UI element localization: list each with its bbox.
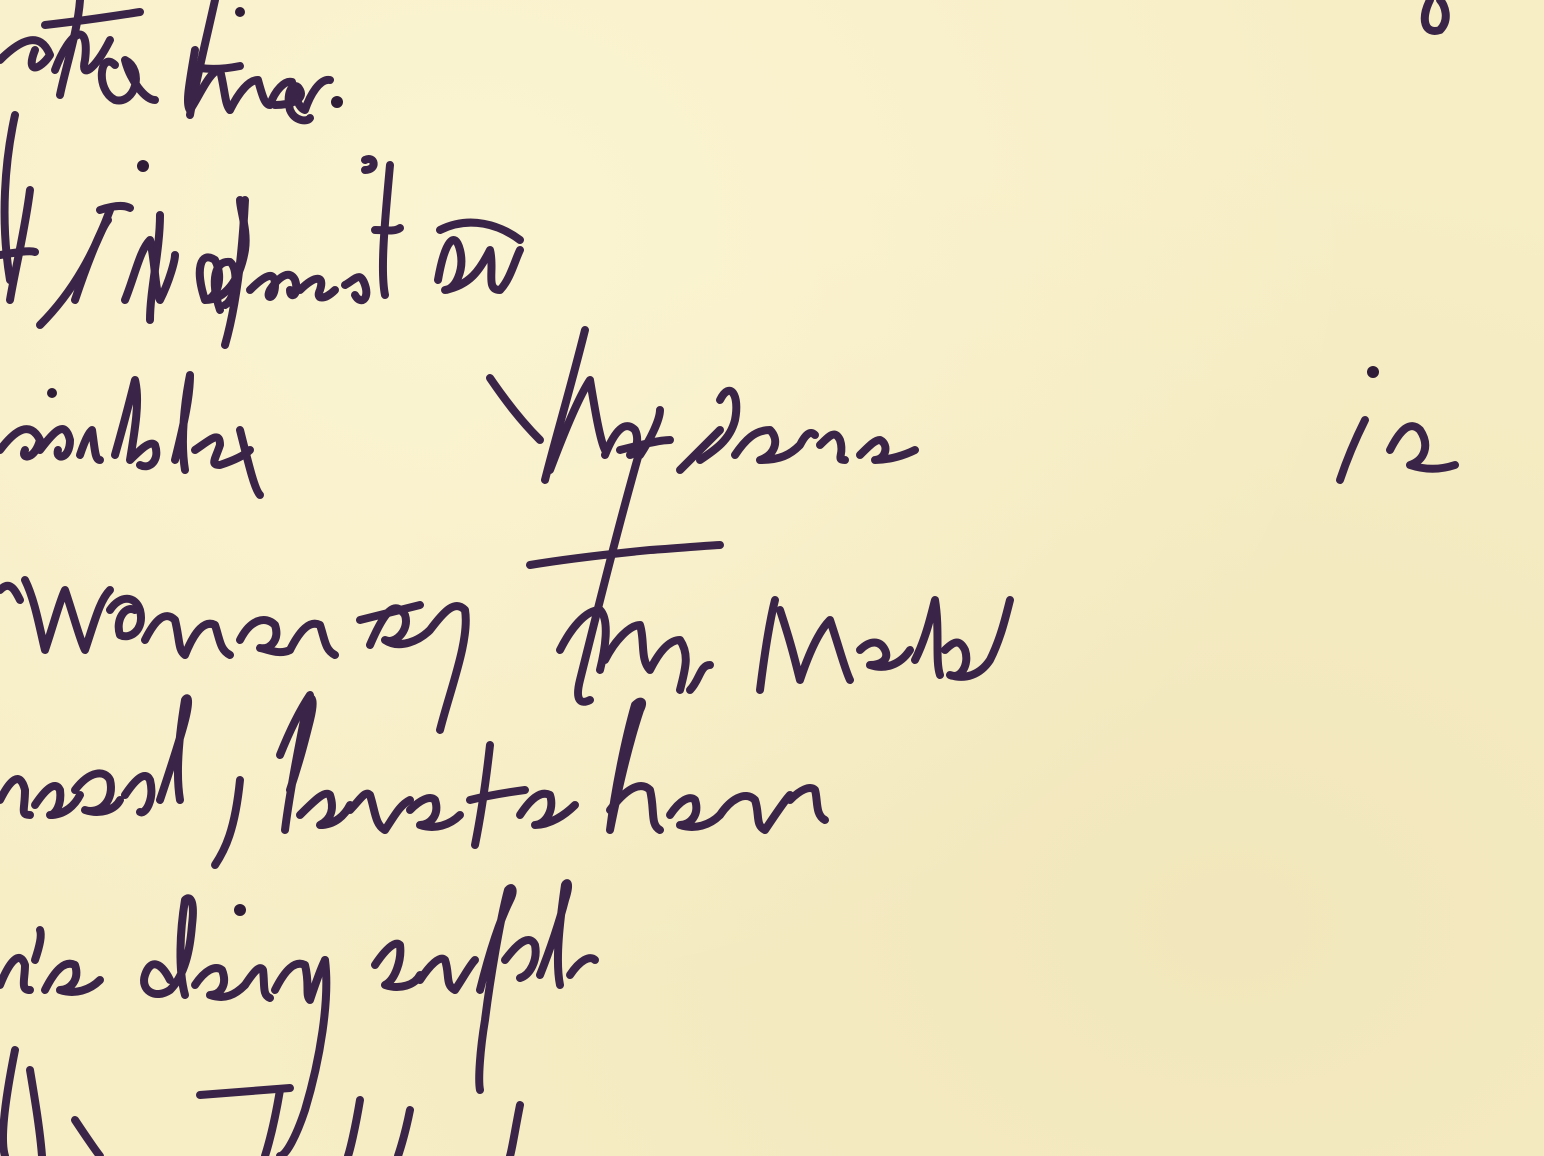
ink-line-3 — [0, 330, 1455, 495]
ink-line-1 — [0, 0, 1446, 120]
ink-line-7 — [3, 1050, 520, 1156]
ink-line-4 — [0, 450, 1010, 755]
ink-line-2 — [0, 115, 520, 345]
handwriting-ink — [0, 0, 1544, 1156]
ink-line-5 — [0, 698, 825, 865]
ink-line-6 — [0, 883, 595, 1156]
